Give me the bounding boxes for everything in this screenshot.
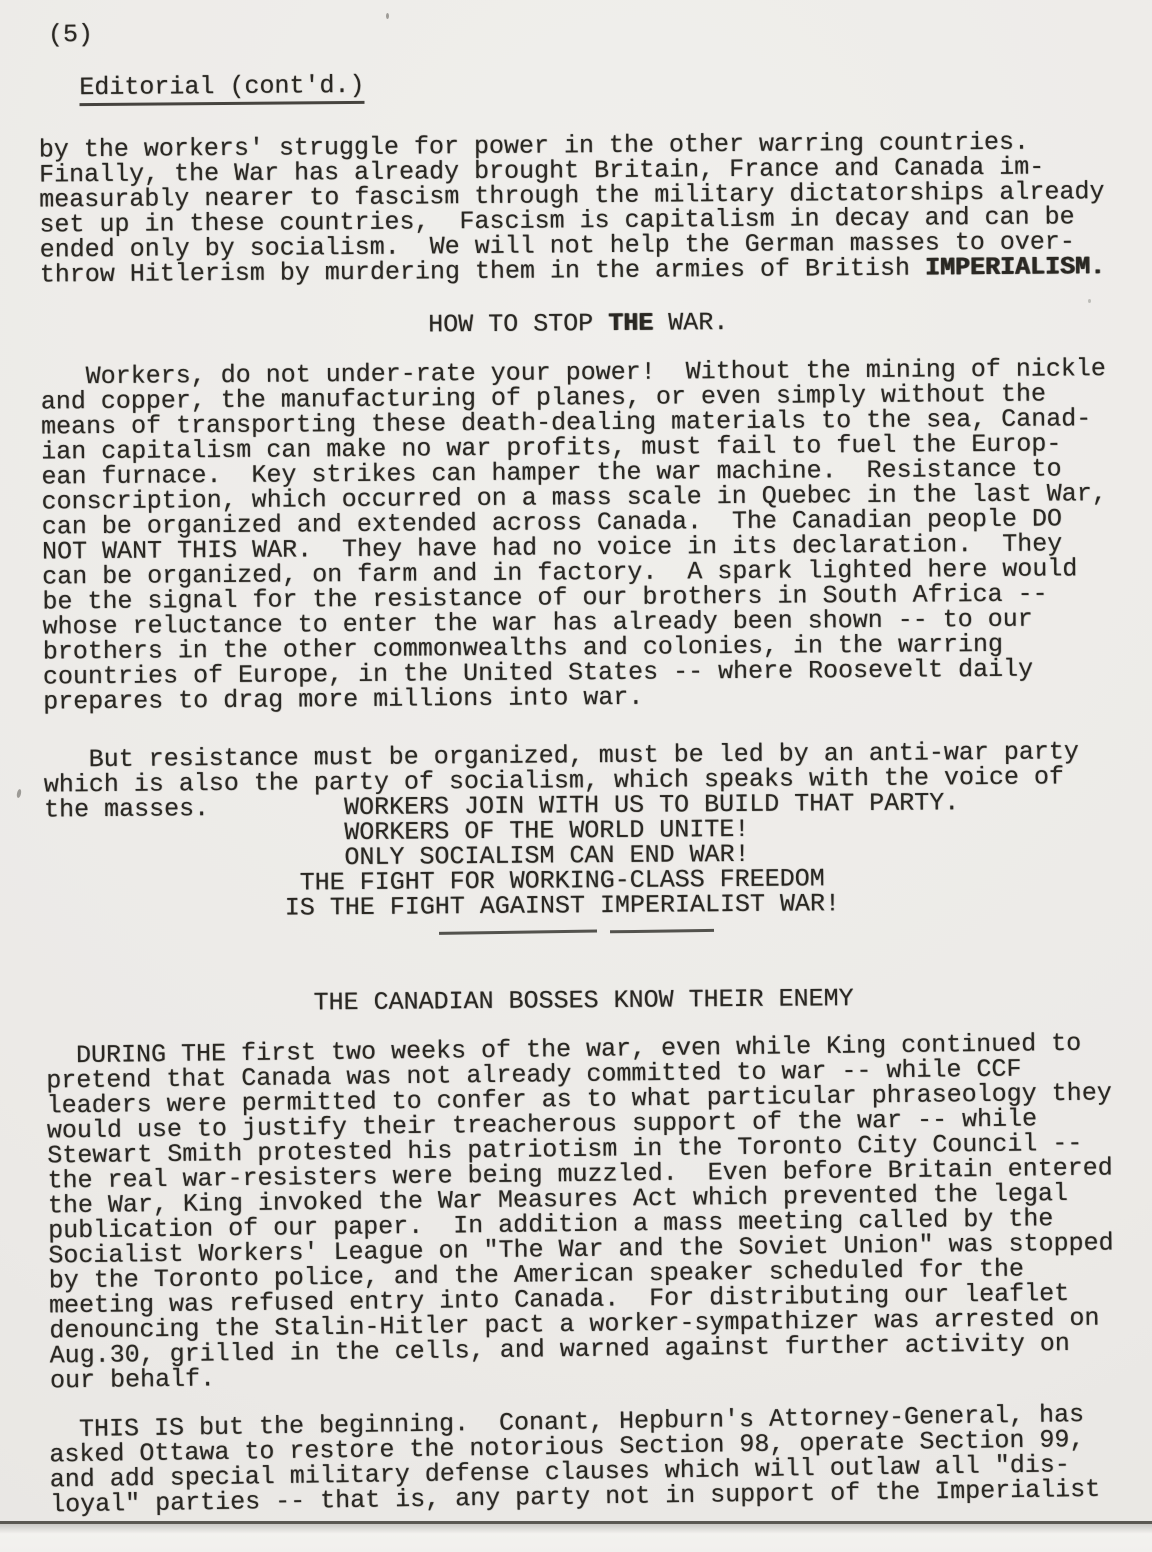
ink-speck [386, 13, 389, 19]
page-number: (5) [48, 14, 1152, 48]
editorial-paragraph: by the workers' struggle for power in th… [39, 129, 1152, 288]
heading-the-emphasis: THE [608, 309, 653, 338]
editorial-heading: Editorial (cont'd.) [79, 67, 1152, 106]
heading-prefix: HOW TO STOP [428, 309, 608, 339]
during-paragraph: DURING THE first two weeks of the war, e… [46, 1030, 1152, 1394]
editorial-heading-underlined-text: Editorial (cont'd.) [79, 73, 364, 106]
beginning-paragraph: THIS IS but the beginning. Conant, Hepbu… [49, 1401, 1152, 1518]
inline-gap [209, 814, 344, 815]
imperialism-emphasis: IMPERIALISM. [925, 252, 1105, 282]
ink-speck [1088, 299, 1091, 303]
page-content: (5) Editorial (cont'd.) by the workers' … [38, 0, 1152, 1517]
scanned-document-page: (5) Editorial (cont'd.) by the workers' … [0, 0, 1152, 1552]
how-to-stop-heading: HOW TO STOP THE WAR. [40, 307, 1116, 340]
workers-paragraph: Workers, do not under-rate your power! W… [41, 356, 1152, 715]
section-divider [439, 926, 1152, 938]
anti-war-paragraph: But resistance must be organized, must b… [44, 739, 1152, 823]
divider-dash-right [610, 929, 714, 933]
heading-suffix: WAR. [653, 308, 728, 338]
divider-dash-left [439, 930, 597, 935]
bosses-heading: THE CANADIAN BOSSES KNOW THEIR ENEMY [45, 984, 1121, 1017]
page-bottom-strip [0, 1524, 1152, 1552]
ink-speck [16, 789, 22, 799]
